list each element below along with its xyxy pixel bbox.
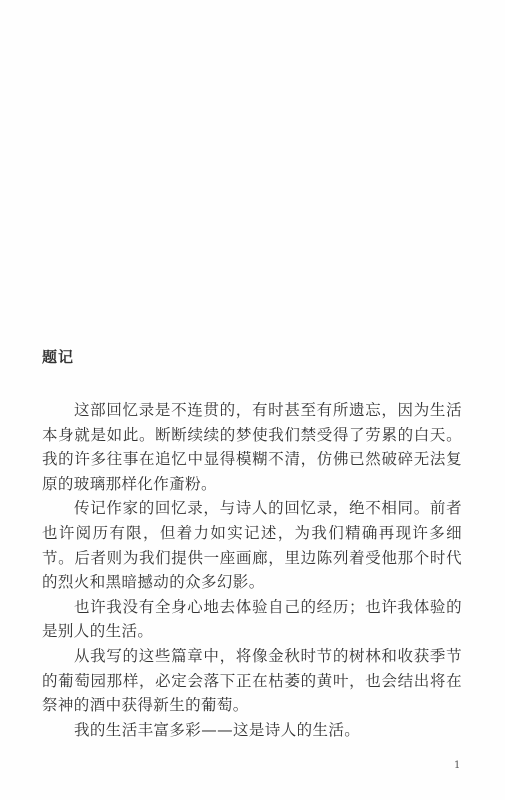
page-number: 1 xyxy=(454,760,460,771)
paragraph: 也许我没有全身心地去体验自己的经历；也许我体验的是别人的生活。 xyxy=(42,595,462,644)
paragraph: 传记作家的回忆录，与诗人的回忆录，绝不相同。前者也许阅历有限，但着力如实记述，为… xyxy=(42,496,462,594)
paragraph: 从我写的这些篇章中，将像金秋时节的树林和收获季节的葡萄园那样，必定会落下正在枯萎… xyxy=(42,644,462,718)
section-heading: 题记 xyxy=(42,346,74,367)
book-page: 题记 这部回忆录是不连贯的，有时甚至有所遗忘，因为生活本身就是如此。断断续续的梦… xyxy=(0,0,505,800)
paragraph: 这部回忆录是不连贯的，有时甚至有所遗忘，因为生活本身就是如此。断断续续的梦使我们… xyxy=(42,398,462,496)
paragraph: 我的生活丰富多彩——这是诗人的生活。 xyxy=(42,718,462,743)
body-text: 这部回忆录是不连贯的，有时甚至有所遗忘，因为生活本身就是如此。断断续续的梦使我们… xyxy=(42,398,462,742)
